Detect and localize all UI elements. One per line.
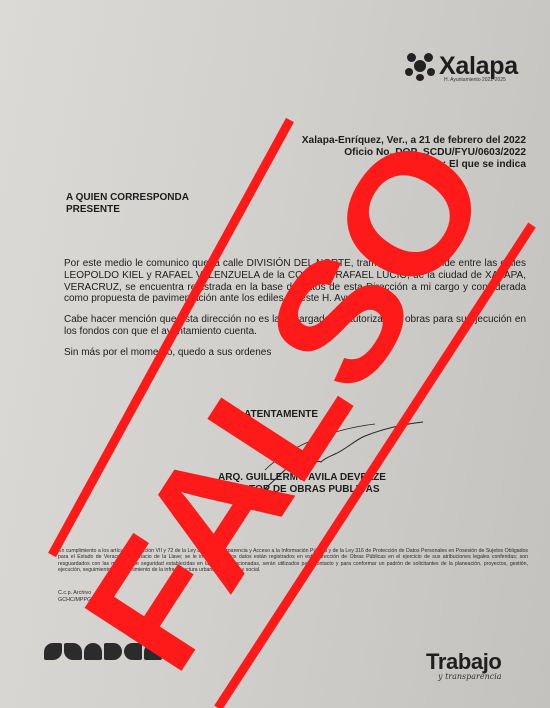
brand-title: Trabajo xyxy=(426,651,502,673)
oficio-number: Oficio No. DOP_SCDU/FYU/0603/2022 xyxy=(302,147,526,159)
signer-name: ARQ. GUILLERMO AVILA DEVEZZE xyxy=(218,472,386,484)
place-date: Xalapa-Enríquez, Ver., a 21 de febrero d… xyxy=(302,135,526,147)
paragraph: Cabe hacer mención que esta dirección no… xyxy=(64,314,526,338)
signer-block: ARQ. GUILLERMO AVILA DEVEZZE DIRECTOR DE… xyxy=(218,472,386,496)
trabajo-brand: Trabajo y transparencia xyxy=(426,651,502,681)
xalapa-logo: Xalapa H. Ayuntamiento 2022-2025 xyxy=(404,50,518,82)
decorative-brand-glyphs-icon xyxy=(44,643,162,660)
letter-header: Xalapa-Enríquez, Ver., a 21 de febrero d… xyxy=(302,135,526,171)
letter-body: Por este medio le comunico que la calle … xyxy=(64,258,526,368)
signature-icon xyxy=(225,410,425,520)
ccp-line: GCHC/MPPG/gcb xyxy=(58,597,101,604)
asunto: Asunto: El que se indica xyxy=(302,159,526,171)
addressee-line: A QUIEN CORRESPONDA xyxy=(66,192,189,204)
addressee-line: PRESENTE xyxy=(66,204,189,216)
brand-subtitle: y transparencia xyxy=(438,672,502,681)
copy-to: C.c.p. Archivo GCHC/MPPG/gcb xyxy=(58,590,101,604)
paragraph: Por este medio le comunico que la calle … xyxy=(64,258,526,305)
signer-title: DIRECTOR DE OBRAS PUBLICAS xyxy=(218,484,386,496)
logo-subtitle: H. Ayuntamiento 2022-2025 xyxy=(444,77,506,83)
logo-wordmark: Xalapa xyxy=(439,54,518,79)
scanned-document: Xalapa H. Ayuntamiento 2022-2025 Xalapa-… xyxy=(0,0,550,708)
addressee: A QUIEN CORRESPONDA PRESENTE xyxy=(66,192,189,216)
paragraph: Sin más por el momento, quedo a sus orde… xyxy=(64,347,526,359)
privacy-footnote: En cumplimiento a los artículos 9 fracci… xyxy=(58,548,528,574)
ccp-line: C.c.p. Archivo xyxy=(58,590,101,597)
ayuntamiento-emblem-icon xyxy=(404,50,436,82)
